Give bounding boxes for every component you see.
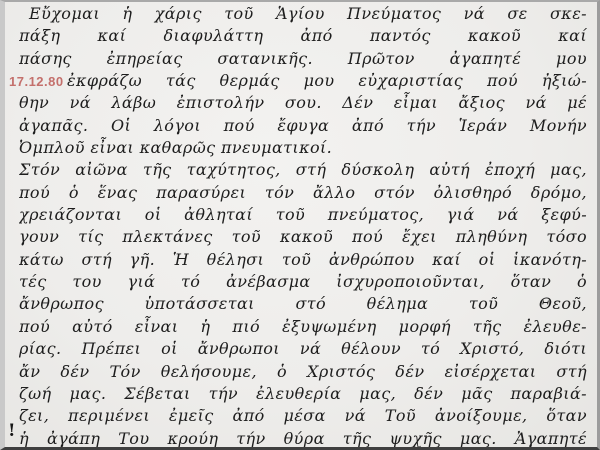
handwritten-line: ἐκφράζω τάς θερμάς μου εὐχαριστίας πού ἠ… — [19, 70, 587, 92]
handwritten-line: ρίας. Πρέπει οἱ ἄνθρωποι νά θέλουν τό Χρ… — [19, 338, 587, 360]
handwritten-line: κάτω στή γῆ. Ἡ θέλησι τοῦ ἀνθρώπου καί ο… — [19, 249, 587, 271]
handwritten-line: γουν τίς πλεκτάνες τοῦ κακοῦ πού ἔχει πλ… — [19, 226, 587, 248]
handwritten-line: ζωή μας. Σέβεται τήν ἐλευθερία μας, δέν … — [19, 383, 587, 405]
scanned-letter-page: 17.12.80 Εὔχομαι ἡ χάρις τοῦ Ἁγίου Πνεύμ… — [0, 0, 600, 450]
handwritten-line: ἄν δέν Τόν θελήσουμε, ὁ Χριστός δέν εἰσέ… — [19, 361, 587, 383]
margin-pen-mark: ! — [8, 421, 15, 441]
handwritten-line: πού ὁ ἕνας παρασύρει τόν ἄλλο στόν ὀλισθ… — [19, 182, 587, 204]
handwritten-line: Εὔχομαι ἡ χάρις τοῦ Ἁγίου Πνεύματος νά σ… — [19, 3, 587, 25]
handwritten-line: πάξη καί διαφυλάττη ἀπό παντός κακοῦ καί — [19, 25, 587, 47]
handwritten-line: θην νά λάβω ἐπιστολήν σου. Δέν εἶμαι ἄξι… — [19, 92, 587, 114]
handwritten-line: Ὀμπλοῦ εἶναι καθαρῶς πνευματικοί. — [19, 137, 587, 159]
handwritten-line: ἡ ἀγάπη Του κρούη τήν θύρα τῆς ψυχῆς μας… — [19, 428, 587, 450]
handwritten-line: χρειάζονται οἱ ἀθληταί τοῦ πνεύματος, γι… — [19, 204, 587, 226]
handwritten-line: Στόν αἰῶνα τῆς ταχύτητος, στή δύσκολη αὐ… — [19, 159, 587, 181]
handwritten-line: πάσης ἐπηρείας σατανικῆς. Πρῶτον ἀγαπητέ… — [19, 48, 587, 70]
handwritten-line: ζει, περιμένει ἐμεῖς ἀπό μέσα νά Τοῦ ἀνο… — [19, 405, 587, 427]
handwritten-line: πού αὐτό εἶναι ἡ πιό ἐξυψωμένη μορφή τῆς… — [19, 316, 587, 338]
handwritten-line: ἀγαπᾶς. Οἱ λόγοι πού ἔφυγα ἀπό τήν Ἱεράν… — [19, 115, 587, 137]
handwritten-line: τές του γιά τό ἀνέβασμα ἰσχυροποιοῦνται,… — [19, 271, 587, 293]
handwritten-line: ἄνθρωπος ὑποτάσσεται στό θέλημα τοῦ Θεοῦ… — [19, 293, 587, 315]
letter-text-block: Εὔχομαι ἡ χάρις τοῦ Ἁγίου Πνεύματος νά σ… — [19, 3, 587, 450]
